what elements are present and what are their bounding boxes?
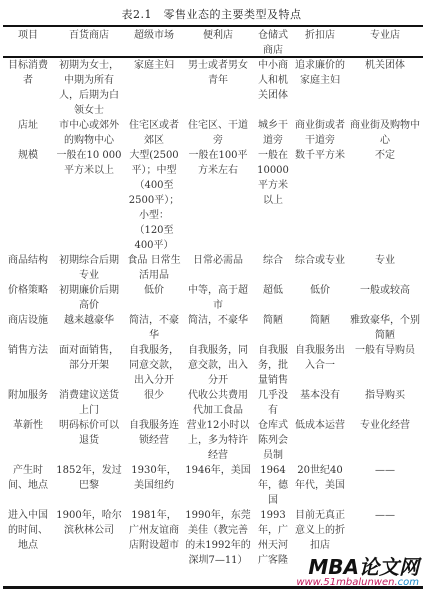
table-cell: 市中心或郊外的购物中心 <box>53 118 125 148</box>
row-label-cell: 销售方法 <box>3 343 53 388</box>
table-cell: 一般在10 000平方米以上 <box>53 148 125 253</box>
table-cell: 一般或较高 <box>347 283 423 313</box>
table-cell: 自我服务出入合一 <box>293 343 347 388</box>
table-cell: 超低 <box>253 283 293 313</box>
table-top-rule <box>3 25 423 27</box>
table-cell: 追求廉价的家庭主妇 <box>293 58 347 118</box>
watermark: MBA论文网 www.51mbalunwen.com <box>296 557 419 588</box>
table-cell: 中等，高于超市 <box>183 283 253 313</box>
row-label-cell: 价格策略 <box>3 283 53 313</box>
table-row: 店址市中心或郊外的购物中心住宅区或者郊区住宅区、干道旁城乡干道旁商业街或者干道旁… <box>3 118 423 148</box>
table-row: 产生时间、地点1852年，发过巴黎1930年，美国纽约1946年，美国1964年… <box>3 463 423 508</box>
table-cell: 机关团体 <box>347 58 423 118</box>
retail-formats-table: 项目 百货商店 超级市场 便利店 仓储式商店 折扣店 专业店 目标消费者初期为女… <box>3 28 423 568</box>
table-cell: 20世纪40年代，美国 <box>293 463 347 508</box>
table-row: 规模一般在10 000平方米以上大型(2500平）；中型（400至2500平）；… <box>3 148 423 253</box>
table-cell: 初期为女士，中期为所有人，后期为白领女士 <box>53 58 125 118</box>
table-cell: 专业化经营 <box>347 418 423 463</box>
table-cell: 自我服务连锁经营 <box>125 418 183 463</box>
row-label-cell: 店址 <box>3 118 53 148</box>
header-cell: 专业店 <box>347 28 423 58</box>
table-cell: 城乡干道旁 <box>253 118 293 148</box>
table-cell: 指导购买 <box>347 388 423 418</box>
watermark-url: www.51mbalunwen.com <box>296 577 419 588</box>
table-cell: 不定 <box>347 148 423 253</box>
table-cell: 住宅区、干道旁 <box>183 118 253 148</box>
table-cell: 低价 <box>293 283 347 313</box>
table-row: 商店设施越来越豪华简洁，不豪华简洁，不豪华简陋简陋雅致豪华，个别简陋 <box>3 313 423 343</box>
table-cell: 自我服务，批量销售 <box>253 343 293 388</box>
header-cell: 仓储式商店 <box>253 28 293 58</box>
row-label-cell: 产生时间、地点 <box>3 463 53 508</box>
table-cell: 一般在10000平方米以上 <box>253 148 293 253</box>
header-cell: 项目 <box>3 28 53 58</box>
table-cell: 初期廉价后期高价 <box>53 283 125 313</box>
table-cell: 1981年，广州友谊商店附设超市 <box>125 508 183 568</box>
table-cell: 1930年，美国纽约 <box>125 463 183 508</box>
watermark-url-main: www.51mbalunwen. <box>296 577 397 588</box>
table-cell: 简洁，不豪华 <box>183 313 253 343</box>
table-cell: 数千平方米 <box>293 148 347 253</box>
table-cell: 1852年，发过巴黎 <box>53 463 125 508</box>
table-cell: 低价 <box>125 283 183 313</box>
table-cell: 仓库式陈列会员制 <box>253 418 293 463</box>
header-cell: 便利店 <box>183 28 253 58</box>
table-row: 价格策略初期廉价后期高价低价中等，高于超市超低低价一般或较高 <box>3 283 423 313</box>
table-row: 革新性明码标价可以退货自我服务连锁经营营业12小时以上，多为特许经营仓库式陈列会… <box>3 418 423 463</box>
table-cell: 综合 <box>253 253 293 283</box>
watermark-url-tld: com <box>398 577 419 588</box>
table-cell: 基本没有 <box>293 388 347 418</box>
table-cell: 营业12小时以上，多为特许经营 <box>183 418 253 463</box>
table-cell: 家庭主妇 <box>125 58 183 118</box>
table-cell: 专业 <box>347 253 423 283</box>
table-cell: 1900年，哈尔滨秋林公司 <box>53 508 125 568</box>
table-body: 目标消费者初期为女士，中期为所有人，后期为白领女士家庭主妇男士或者男女青年中小商… <box>3 58 423 568</box>
table-cell: 1964年，德国 <box>253 463 293 508</box>
table-cell: 雅致豪华，个别简陋 <box>347 313 423 343</box>
table-cell: 大型(2500平）；中型（400至2500平）；小型：（120至400平） <box>125 148 183 253</box>
row-label-cell: 革新性 <box>3 418 53 463</box>
table-cell: 自我服务，同意交款，出入分开 <box>125 343 183 388</box>
table-cell: 中小商人和机关团体 <box>253 58 293 118</box>
row-label-cell: 附加服务 <box>3 388 53 418</box>
watermark-title: MBA论文网 <box>296 557 419 577</box>
table-cell: 越来越豪华 <box>53 313 125 343</box>
table-cell: 代收公共费用代加工食品 <box>183 388 253 418</box>
table-cell: 1946年，美国 <box>183 463 253 508</box>
table-cell: 消费建议送货上门 <box>53 388 125 418</box>
table-cell: 商业街或者干道旁 <box>293 118 347 148</box>
table-cell: 低成本运营 <box>293 418 347 463</box>
table-cell: 住宅区或者郊区 <box>125 118 183 148</box>
table-cell: 一般在100平方米左右 <box>183 148 253 253</box>
table-cell: —— <box>347 463 423 508</box>
header-cell: 折扣店 <box>293 28 347 58</box>
table-cell: 简洁，不豪华 <box>125 313 183 343</box>
table-cell: 1993年，广州天河广客隆 <box>253 508 293 568</box>
table-cell: 明码标价可以退货 <box>53 418 125 463</box>
row-label-cell: 目标消费者 <box>3 58 53 118</box>
table-cell: 自我服务，同意交款，出入分开 <box>183 343 253 388</box>
table-cell: 日常必需品 <box>183 253 253 283</box>
row-label-cell: 规模 <box>3 148 53 253</box>
row-label-cell: 商店设施 <box>3 313 53 343</box>
table-cell: 面对面销售，部分开架 <box>53 343 125 388</box>
table-row: 附加服务消费建议送货上门很少代收公共费用代加工食品几乎没有基本没有指导购买 <box>3 388 423 418</box>
table-cell: 男士或者男女青年 <box>183 58 253 118</box>
header-row: 项目 百货商店 超级市场 便利店 仓储式商店 折扣店 专业店 <box>3 28 423 58</box>
header-cell: 百货商店 <box>53 28 125 58</box>
table-cell: 简陋 <box>253 313 293 343</box>
header-cell: 超级市场 <box>125 28 183 58</box>
table-row: 销售方法面对面销售，部分开架自我服务，同意交款，出入分开自我服务，同意交款，出入… <box>3 343 423 388</box>
row-label-cell: 商品结构 <box>3 253 53 283</box>
row-label-cell: 进入中国的时间、地点 <box>3 508 53 568</box>
table-cell: 初期综合后期专业 <box>53 253 125 283</box>
table-cell: 很少 <box>125 388 183 418</box>
table-cell: 一般有导购员 <box>347 343 423 388</box>
table-cell: 商业街及购物中心 <box>347 118 423 148</box>
table-cell: 食品 日常生活用品 <box>125 253 183 283</box>
table-cell: 综合或专业 <box>293 253 347 283</box>
table-cell: 1990年，东莞美佳（教完善的未1992年的深圳7—11） <box>183 508 253 568</box>
table-row: 商品结构初期综合后期专业食品 日常生活用品日常必需品综合综合或专业专业 <box>3 253 423 283</box>
table-caption: 表2.1 零售业态的主要类型及特点 <box>0 6 423 22</box>
table-cell: 简陋 <box>293 313 347 343</box>
table-cell: 几乎没有 <box>253 388 293 418</box>
table-row: 目标消费者初期为女士，中期为所有人，后期为白领女士家庭主妇男士或者男女青年中小商… <box>3 58 423 118</box>
